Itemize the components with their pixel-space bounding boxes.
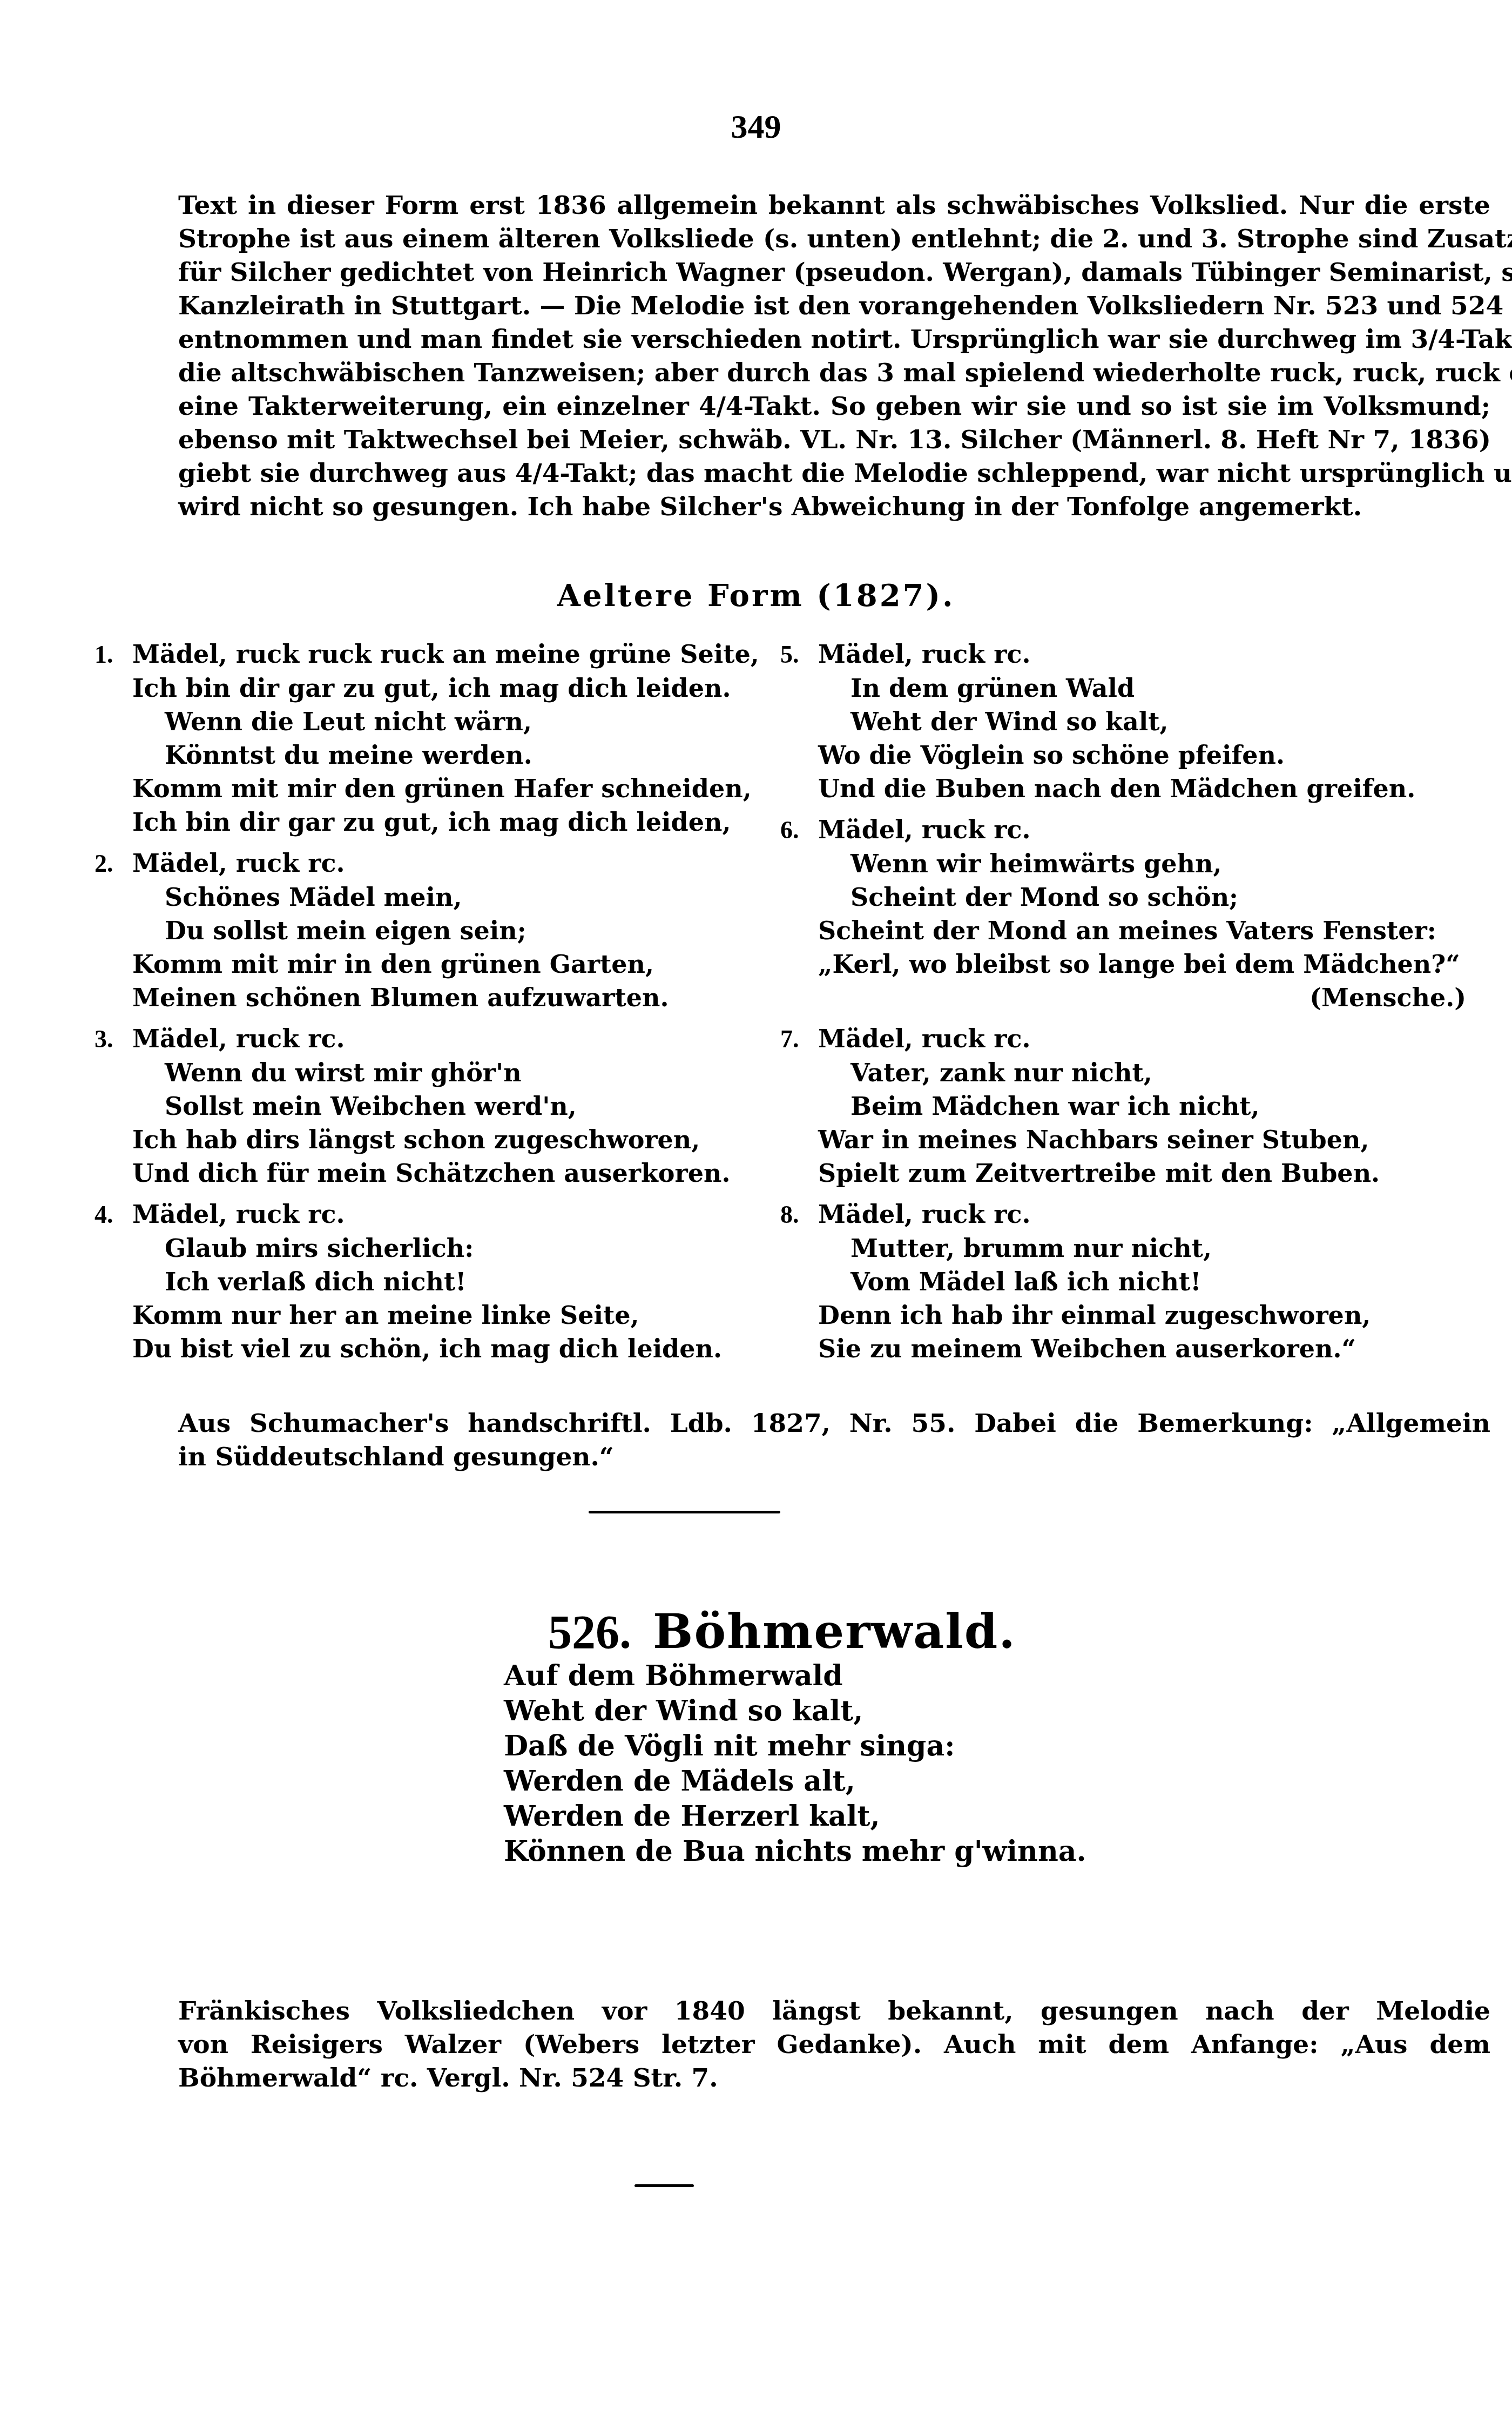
verse-text: Ich hab dirs längst schon zugeschworen, <box>132 1125 700 1154</box>
intro-line: Kanzleirath in Stuttgart. — Die Melodie … <box>178 290 1490 323</box>
verse-text: Und die Buben nach den Mädchen greifen. <box>818 774 1415 803</box>
intro-line: giebt sie durchweg aus 4/4-Takt; das mac… <box>178 457 1490 490</box>
verse-line: 5.Mädel, ruck rc. <box>780 637 1482 671</box>
verse-text: Du bist viel zu schön, ich mag dich leid… <box>132 1334 722 1363</box>
intro-line: entnommen und man findet sie verschieden… <box>178 323 1490 356</box>
source-note: Aus Schumacher's handschriftl. Ldb. 1827… <box>178 1407 1490 1474</box>
verse-text: Wenn die Leut nicht wärn, <box>165 707 532 736</box>
verse-line: Du sollst mein eigen sein; <box>94 914 769 947</box>
song-number: 526. <box>548 1606 631 1659</box>
verse-line: Komm mit mir den grünen Hafer schneiden, <box>94 772 769 805</box>
verse-line: 2.Mädel, ruck rc. <box>94 846 769 880</box>
verse-text: In dem grünen Wald <box>850 674 1135 703</box>
stanza: 3.Mädel, ruck rc.Wenn du wirst mir ghör'… <box>94 1022 769 1190</box>
verse-line: Wenn wir heimwärts gehn, <box>780 847 1482 880</box>
intro-line: ebenso mit Taktwechsel bei Meier, schwäb… <box>178 423 1490 457</box>
source-line: in Süddeutschland gesungen.“ <box>178 1441 1490 1474</box>
stanza-number: 6. <box>780 813 818 847</box>
note-line: Böhmerwald“ rc. Vergl. Nr. 524 Str. 7. <box>178 2062 1490 2095</box>
verse-line: Sie zu meinem Weibchen auserkoren.“ <box>780 1332 1482 1365</box>
stanza-number: 5. <box>780 638 818 671</box>
verse-line: 3.Mädel, ruck rc. <box>94 1022 769 1056</box>
verse-line: Denn ich hab ihr einmal zugeschworen, <box>780 1298 1482 1332</box>
verse-text: Könntst du meine werden. <box>165 741 532 770</box>
verse-line: 4.Mädel, ruck rc. <box>94 1197 769 1232</box>
note-line: Fränkisches Volksliedchen vor 1840 längs… <box>178 1995 1490 2028</box>
verse-line: Weht der Wind so kalt, <box>780 705 1482 738</box>
verse-line: Schönes Mädel mein, <box>94 880 769 914</box>
verse-text: Vom Mädel laß ich nicht! <box>850 1267 1201 1296</box>
stanza: 1.Mädel, ruck ruck ruck an meine grüne S… <box>94 637 769 839</box>
verse-line: Ich bin dir gar zu gut, ich mag dich lei… <box>94 671 769 705</box>
intro-line: Text in dieser Form erst 1836 allgemein … <box>178 189 1490 223</box>
right-stanza-column: 5.Mädel, ruck rc.In dem grünen WaldWeht … <box>780 637 1482 1373</box>
verse-line: War in meines Nachbars seiner Stuben, <box>780 1123 1482 1156</box>
stanza-number: 3. <box>94 1022 132 1056</box>
intro-line: die altschwäbischen Tanzweisen; aber dur… <box>178 356 1490 390</box>
verse-line: Mutter, brumm nur nicht, <box>780 1232 1482 1265</box>
verse-text: Schönes Mädel mein, <box>165 883 462 912</box>
verse-text: Mädel, ruck rc. <box>132 1024 345 1053</box>
verse-text: Komm mit mir in den grünen Garten, <box>132 950 654 979</box>
verse-line: Vom Mädel laß ich nicht! <box>780 1265 1482 1298</box>
verse-line: Beim Mädchen war ich nicht, <box>780 1089 1482 1123</box>
verse-text: Und dich für mein Schätzchen auserkoren. <box>132 1159 730 1188</box>
intro-line: wird nicht so gesungen. Ich habe Silcher… <box>178 490 1490 524</box>
verse-text: Wenn du wirst mir ghör'n <box>165 1058 522 1087</box>
lyric-line: Daß de Vögli nit mehr singa: <box>504 1728 1086 1764</box>
verse-text: Spielt zum Zeitvertreibe mit den Buben. <box>818 1159 1380 1188</box>
stanza: 4.Mädel, ruck rc.Glaub mirs sicherlich:I… <box>94 1197 769 1365</box>
song-lyrics: Auf dem Böhmerwald Weht der Wind so kalt… <box>504 1658 1086 1869</box>
song-note: Fränkisches Volksliedchen vor 1840 längs… <box>178 1995 1490 2095</box>
verse-line: Ich verlaß dich nicht! <box>94 1265 769 1298</box>
verse-text: Wenn wir heimwärts gehn, <box>850 849 1221 878</box>
verse-line: Und die Buben nach den Mädchen greifen. <box>780 772 1482 805</box>
lyric-line: Werden de Mädels alt, <box>504 1764 1086 1799</box>
section-divider <box>589 1511 780 1513</box>
lyric-line: Werden de Herzerl kalt, <box>504 1799 1086 1834</box>
verse-text: Mädel, ruck rc. <box>818 815 1031 844</box>
verse-line: Ich bin dir gar zu gut, ich mag dich lei… <box>94 805 769 839</box>
verse-line: Scheint der Mond an meines Vaters Fenste… <box>780 914 1482 947</box>
older-form-heading: Aeltere Form (1827). <box>0 578 1512 614</box>
verse-text: Ich bin dir gar zu gut, ich mag dich lei… <box>132 807 731 837</box>
verse-line: Du bist viel zu schön, ich mag dich leid… <box>94 1332 769 1365</box>
verse-text: Sie zu meinem Weibchen auserkoren.“ <box>818 1334 1356 1363</box>
lyric-line: Weht der Wind so kalt, <box>504 1693 1086 1728</box>
end-divider <box>634 2184 694 2187</box>
verse-text: Mutter, brumm nur nicht, <box>850 1234 1212 1263</box>
verse-text: Glaub mirs sicherlich: <box>165 1234 474 1263</box>
verse-text: Denn ich hab ihr einmal zugeschworen, <box>818 1301 1371 1330</box>
verse-line: „Kerl, wo bleibst so lange bei dem Mädch… <box>780 947 1482 981</box>
note-line: von Reisigers Walzer (Webers letzter Ged… <box>178 2028 1490 2062</box>
verse-line: Und dich für mein Schätzchen auserkoren. <box>94 1156 769 1190</box>
verse-text: Ich verlaß dich nicht! <box>165 1267 466 1296</box>
intro-line: Strophe ist aus einem älteren Volksliede… <box>178 223 1490 256</box>
verse-text: War in meines Nachbars seiner Stuben, <box>818 1125 1369 1154</box>
verse-line: Wenn du wirst mir ghör'n <box>94 1056 769 1089</box>
stanza-attribution: (Mensche.) <box>780 981 1482 1014</box>
verse-text: „Kerl, wo bleibst so lange bei dem Mädch… <box>818 950 1460 979</box>
source-line: Aus Schumacher's handschriftl. Ldb. 1827… <box>178 1407 1490 1441</box>
verse-line: Scheint der Mond so schön; <box>780 880 1482 914</box>
verse-text: Weht der Wind so kalt, <box>850 707 1169 736</box>
verse-line: 8.Mädel, ruck rc. <box>780 1197 1482 1232</box>
verse-line: Glaub mirs sicherlich: <box>94 1232 769 1265</box>
song-name: Böhmerwald. <box>653 1603 1016 1659</box>
verse-line: Sollst mein Weibchen werd'n, <box>94 1089 769 1123</box>
lyric-line: Auf dem Böhmerwald <box>504 1658 1086 1693</box>
verse-text: Scheint der Mond so schön; <box>850 883 1238 912</box>
page-number: 349 <box>0 108 1512 146</box>
verse-text: Meinen schönen Blumen aufzuwarten. <box>132 983 669 1012</box>
verse-text: Mädel, ruck rc. <box>132 849 345 878</box>
song-title: 526.Böhmerwald. <box>548 1603 1016 1660</box>
stanza-number: 1. <box>94 638 132 671</box>
verse-line: Komm mit mir in den grünen Garten, <box>94 947 769 981</box>
verse-text: Sollst mein Weibchen werd'n, <box>165 1092 577 1121</box>
intro-line: für Silcher gedichtet von Heinrich Wagne… <box>178 256 1490 290</box>
verse-text: Komm mit mir den grünen Hafer schneiden, <box>132 774 752 803</box>
verse-text: Wo die Vöglein so schöne pfeifen. <box>818 741 1285 770</box>
verse-line: Wo die Vöglein so schöne pfeifen. <box>780 738 1482 772</box>
stanza-number: 4. <box>94 1198 132 1232</box>
stanza-number: 8. <box>780 1198 818 1232</box>
stanza-number: 7. <box>780 1022 818 1056</box>
stanza: 2.Mädel, ruck rc.Schönes Mädel mein,Du s… <box>94 846 769 1014</box>
verse-text: Mädel, ruck rc. <box>818 1200 1031 1229</box>
verse-line: 6.Mädel, ruck rc. <box>780 813 1482 847</box>
stanza: 6.Mädel, ruck rc.Wenn wir heimwärts gehn… <box>780 813 1482 1014</box>
verse-line: Vater, zank nur nicht, <box>780 1056 1482 1089</box>
verse-line: Komm nur her an meine linke Seite, <box>94 1298 769 1332</box>
stanza: 7.Mädel, ruck rc.Vater, zank nur nicht,B… <box>780 1022 1482 1190</box>
verse-text: Mädel, ruck ruck ruck an meine grüne Sei… <box>132 640 759 669</box>
verse-text: Beim Mädchen war ich nicht, <box>850 1092 1260 1121</box>
verse-text: Scheint der Mond an meines Vaters Fenste… <box>818 916 1436 945</box>
left-stanza-column: 1.Mädel, ruck ruck ruck an meine grüne S… <box>94 637 769 1373</box>
verse-text: Komm nur her an meine linke Seite, <box>132 1301 639 1330</box>
verse-line: 1.Mädel, ruck ruck ruck an meine grüne S… <box>94 637 769 671</box>
verse-line: Ich hab dirs längst schon zugeschworen, <box>94 1123 769 1156</box>
verse-line: Spielt zum Zeitvertreibe mit den Buben. <box>780 1156 1482 1190</box>
verse-line: Meinen schönen Blumen aufzuwarten. <box>94 981 769 1014</box>
stanza-number: 2. <box>94 847 132 880</box>
verse-line: Könntst du meine werden. <box>94 738 769 772</box>
intro-line: eine Takterweiterung, ein einzelner 4/4-… <box>178 390 1490 423</box>
lyric-line: Können de Bua nichts mehr g'winna. <box>504 1834 1086 1869</box>
verse-line: In dem grünen Wald <box>780 671 1482 705</box>
verse-line: 7.Mädel, ruck rc. <box>780 1022 1482 1056</box>
verse-text: Mädel, ruck rc. <box>818 640 1031 669</box>
stanza: 5.Mädel, ruck rc.In dem grünen WaldWeht … <box>780 637 1482 805</box>
intro-paragraph: Text in dieser Form erst 1836 allgemein … <box>178 189 1490 524</box>
verse-text: Ich bin dir gar zu gut, ich mag dich lei… <box>132 674 731 703</box>
verse-text: Mädel, ruck rc. <box>132 1200 345 1229</box>
stanza: 8.Mädel, ruck rc.Mutter, brumm nur nicht… <box>780 1197 1482 1365</box>
verse-text: Mädel, ruck rc. <box>818 1024 1031 1053</box>
verse-text: Du sollst mein eigen sein; <box>165 916 526 945</box>
verse-line: Wenn die Leut nicht wärn, <box>94 705 769 738</box>
verse-text: Vater, zank nur nicht, <box>850 1058 1152 1087</box>
